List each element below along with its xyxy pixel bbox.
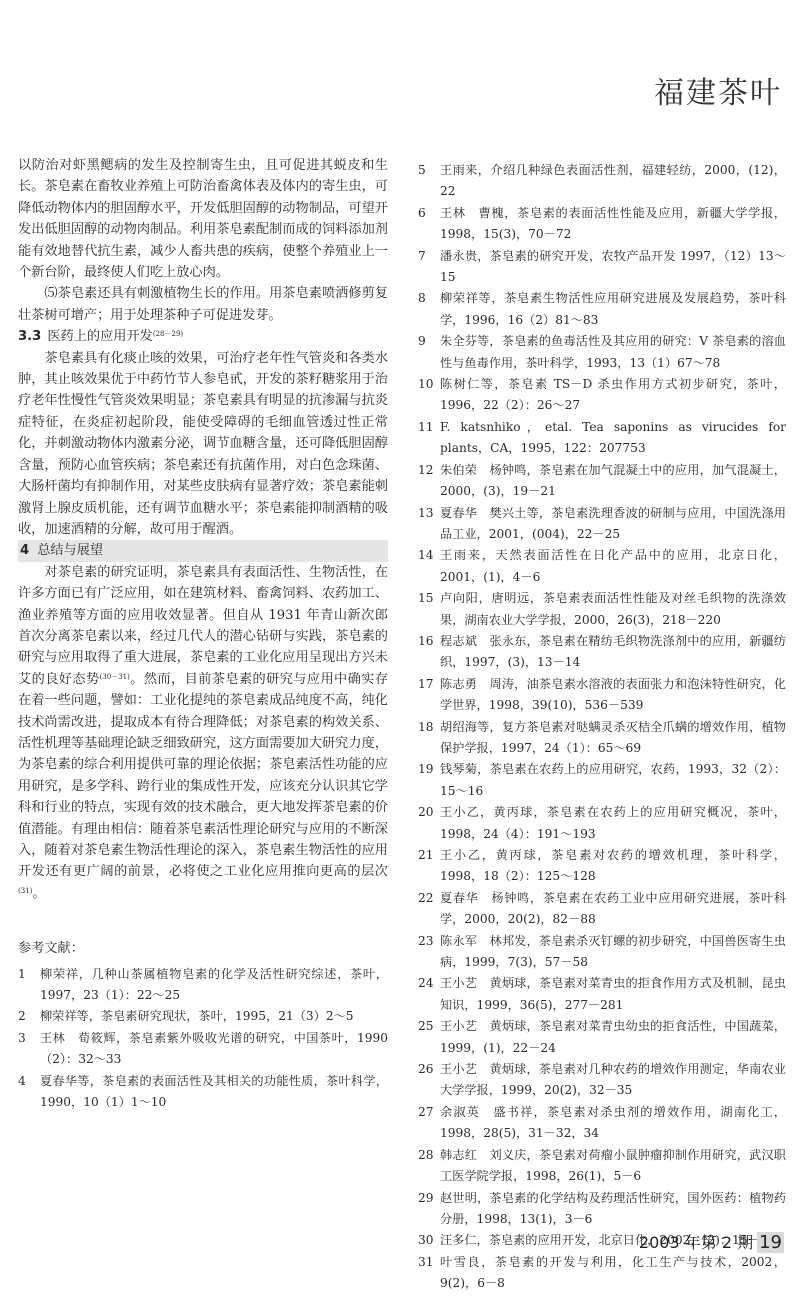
reference-number: 12 — [418, 460, 440, 503]
reference-item: 13夏春华 樊兴土等，茶皂素洗理香波的研制与应用，中国洗涤用品工业，2001，(… — [418, 503, 786, 546]
reference-text: 卢向阳，唐明远，茶皂素表面活性性能及对丝毛织物的洗涤效果，湖南农业大学学报，20… — [440, 588, 786, 631]
reference-number: 14 — [418, 545, 440, 588]
paragraph-text: 。然而，目前茶皂素的研究与应用中确实存在着一些问题，譬如：工业化提纯的茶皂素成品… — [18, 672, 388, 880]
reference-text: 王小乙，黄丙球，茶皂素对农药的增效机理，茶叶科学，1998，18（2）：125～… — [440, 845, 786, 888]
reference-number: 29 — [418, 1188, 440, 1231]
reference-number: 31 — [418, 1252, 440, 1295]
reference-number: 8 — [418, 288, 440, 331]
reference-number: 16 — [418, 631, 440, 674]
reference-text: 王林 荀筱辉，茶皂素紫外吸收光谱的研究，中国茶叶，1990（2）：32～33 — [40, 1028, 388, 1071]
reference-item: 28韩志红 刘义庆，茶皂素对荷瘤小鼠肿瘤抑制作用研究，武汉职工医学院学报，199… — [418, 1145, 786, 1188]
reference-item: 27余淑英 盛书祥，茶皂素对杀虫剂的增效作用，湖南化工，1998，28(5)，3… — [418, 1102, 786, 1145]
reference-number: 11 — [418, 417, 440, 460]
reference-number: 22 — [418, 888, 440, 931]
reference-text: 王小乙，黄丙球，茶皂素在农药上的应用研究概况，茶叶，1998，24（4）：191… — [440, 802, 786, 845]
section-title: 医药上的应用开发 — [47, 329, 153, 344]
reference-item: 6王林 曹槐，茶皂素的表面活性性能及应用，新疆大学学报，1998，15(3)，7… — [418, 203, 786, 246]
reference-text: 叶雪良，茶皂素的开发与利用，化工生产与技术，2002，9(2)，6－8 — [440, 1252, 786, 1295]
paragraph: ⑸茶皂素还具有刺激植物生长的作用。用茶皂素喷洒修剪复壮茶树可增产；用于处理茶种子… — [18, 283, 388, 326]
reference-number: 3 — [18, 1028, 40, 1071]
reference-text: 王小艺 黄炳球，茶皂素对菜青虫幼虫的拒食活性，中国蔬菜，1999，(1)，22－… — [440, 1016, 786, 1059]
paragraph: 茶皂素具有化痰止咳的效果，可治疗老年性气管炎和各类水肿，其止咳效果优于中药竹节人… — [18, 348, 388, 541]
reference-item: 19钱琴菊，茶皂素在农药上的应用研究，农药，1993，32（2）：15～16 — [418, 759, 786, 802]
reference-item: 8柳荣祥等，茶皂素生物活性应用研究进展及发展趋势，茶叶科学，1996，16（2）… — [418, 288, 786, 331]
citation: (30－31) — [100, 673, 130, 681]
reference-text: 陈志勇 周涛，油茶皂素水溶液的表面张力和泡沫特性研究，化学世界，1998，39(… — [440, 674, 786, 717]
section-number: 3.3 — [18, 329, 41, 344]
reference-list-left: 1柳荣祥，几种山茶属植物皂素的化学及活性研究综述，茶叶，1997，23（1）：2… — [18, 964, 388, 1114]
right-column: 5王雨来，介绍几种绿色表面活性剂，福建轻纺，2000，(12)，226王林 曹槐… — [418, 160, 786, 1295]
reference-number: 27 — [418, 1102, 440, 1145]
reference-item: 17陈志勇 周涛，油茶皂素水溶液的表面张力和泡沫特性研究，化学世界，1998，3… — [418, 674, 786, 717]
reference-text: 夏春华 杨钟鸣，茶皂素在农药工业中应用研究进展，茶叶科学，2000，20(2)，… — [440, 888, 786, 931]
paragraph-text: 。 — [32, 886, 45, 901]
reference-number: 6 — [418, 203, 440, 246]
reference-number: 4 — [18, 1071, 40, 1114]
reference-item: 31叶雪良，茶皂素的开发与利用，化工生产与技术，2002，9(2)，6－8 — [418, 1252, 786, 1295]
reference-item: 21王小乙，黄丙球，茶皂素对农药的增效机理，茶叶科学，1998，18（2）：12… — [418, 845, 786, 888]
reference-list-right: 5王雨来，介绍几种绿色表面活性剂，福建轻纺，2000，(12)，226王林 曹槐… — [418, 160, 786, 1295]
reference-text: 柳荣祥等，茶皂素研究现状，茶叶，1995，21（3）2～5 — [40, 1006, 388, 1027]
paragraph: 以防治对虾黑鳃病的发生及控制寄生虫，且可促进其蜕皮和生长。茶皂素在畜牧业养殖上可… — [18, 155, 388, 283]
reference-number: 18 — [418, 717, 440, 760]
reference-text: 朱全芬等，茶皂素的鱼毒活性及其应用的研究：V 茶皂素的溶血性与鱼毒作用，茶叶科学… — [440, 331, 786, 374]
reference-text: 程志斌 张永东，茶皂素在精纺毛织物洗涤剂中的应用，新疆纺织，1997，(3)，1… — [440, 631, 786, 674]
reference-text: 柳荣祥，几种山茶属植物皂素的化学及活性研究综述，茶叶，1997，23（1）：22… — [40, 964, 388, 1007]
reference-text: 陈树仁等，茶皂素 TS－D 杀虫作用方式初步研究，茶叶，1996，22（2）：2… — [440, 374, 786, 417]
reference-text: 朱伯荣 杨钟鸣，茶皂素在加气混凝土中的应用，加气混凝土，2000，(3)，19－… — [440, 460, 786, 503]
paragraph-text: 对茶皂素的研究证明，茶皂素具有表面活性、生物活性，在许多方面已有广泛应用，如在建… — [18, 565, 388, 687]
reference-number: 13 — [418, 503, 440, 546]
reference-text: 夏春华 樊兴土等，茶皂素洗理香波的研制与应用，中国洗涤用品工业，2001，(00… — [440, 503, 786, 546]
reference-number: 15 — [418, 588, 440, 631]
reference-number: 25 — [418, 1016, 440, 1059]
reference-item: 16程志斌 张永东，茶皂素在精纺毛织物洗涤剂中的应用，新疆纺织，1997，(3)… — [418, 631, 786, 674]
reference-number: 26 — [418, 1059, 440, 1102]
reference-text: 夏春华等，茶皂素的表面活性及其相关的功能性质，茶叶科学，1990，10（1）1～… — [40, 1071, 388, 1114]
reference-number: 9 — [418, 331, 440, 374]
page-number: 19 — [757, 1232, 784, 1253]
reference-item: 29赵世明，茶皂素的化学结构及药理活性研究，国外医药：植物药分册，1998，13… — [418, 1188, 786, 1231]
reference-text: 胡绍海等，复方茶皂素对哒螨灵杀灭桔全爪螨的增效作用，植物保护学报，1997，24… — [440, 717, 786, 760]
reference-text: 王林 曹槐，茶皂素的表面活性性能及应用，新疆大学学报，1998，15(3)，70… — [440, 203, 786, 246]
reference-text: 王雨来，天然表面活性在日化产品中的应用，北京日化，2001，(1)，4－6 — [440, 545, 786, 588]
reference-text: 潘永贵，茶皂素的研究开发，农牧产品开发 1997，（12）13～15 — [440, 246, 786, 289]
reference-item: 10陈树仁等，茶皂素 TS－D 杀虫作用方式初步研究，茶叶，1996，22（2）… — [418, 374, 786, 417]
reference-text: 陈永军 林邦发，茶皂素杀灭钉螺的初步研究，中国兽医寄生虫病，1999，7(3)，… — [440, 931, 786, 974]
reference-item: 22夏春华 杨钟鸣，茶皂素在农药工业中应用研究进展，茶叶科学，2000，20(2… — [418, 888, 786, 931]
reference-item: 1柳荣祥，几种山茶属植物皂素的化学及活性研究综述，茶叶，1997，23（1）：2… — [18, 964, 388, 1007]
reference-number: 23 — [418, 931, 440, 974]
reference-item: 23陈永军 林邦发，茶皂素杀灭钉螺的初步研究，中国兽医寄生虫病，1999，7(3… — [418, 931, 786, 974]
section-heading-4: 4总结与展望 — [18, 540, 388, 561]
reference-text: 赵世明，茶皂素的化学结构及药理活性研究，国外医药：植物药分册，1998，13(1… — [440, 1188, 786, 1231]
reference-item: 2柳荣祥等，茶皂素研究现状，茶叶，1995，21（3）2～5 — [18, 1006, 388, 1027]
section-number: 4 — [20, 543, 29, 558]
citation: (31) — [18, 887, 32, 895]
reference-item: 4夏春华等，茶皂素的表面活性及其相关的功能性质，茶叶科学，1990，10（1）1… — [18, 1071, 388, 1114]
reference-item: 15卢向阳，唐明远，茶皂素表面活性性能及对丝毛织物的洗涤效果，湖南农业大学学报，… — [418, 588, 786, 631]
reference-number: 19 — [418, 759, 440, 802]
reference-item: 7潘永贵，茶皂素的研究开发，农牧产品开发 1997，（12）13～15 — [418, 246, 786, 289]
reference-text: 王雨来，介绍几种绿色表面活性剂，福建轻纺，2000，(12)，22 — [440, 160, 786, 203]
reference-text: 柳荣祥等，茶皂素生物活性应用研究进展及发展趋势，茶叶科学，1996，16（2）8… — [440, 288, 786, 331]
paragraph: 对茶皂素的研究证明，茶皂素具有表面活性、生物活性，在许多方面已有广泛应用，如在建… — [18, 562, 388, 905]
section-heading-3-3: 3.3医药上的应用开发(28－29) — [18, 326, 388, 347]
reference-text: 钱琴菊，茶皂素在农药上的应用研究，农药，1993，32（2）：15～16 — [440, 759, 786, 802]
reference-text: 王小艺 黄炳球，茶皂素对菜青虫的拒食作用方式及机制，昆虫知识，1999，36(5… — [440, 973, 786, 1016]
reference-item: 5王雨来，介绍几种绿色表面活性剂，福建轻纺，2000，(12)，22 — [418, 160, 786, 203]
reference-item: 26王小艺 黄炳球，茶皂素对几种农药的增效作用测定，华南农业大学学报，1999，… — [418, 1059, 786, 1102]
reference-number: 5 — [418, 160, 440, 203]
reference-number: 24 — [418, 973, 440, 1016]
reference-item: 18胡绍海等，复方茶皂素对哒螨灵杀灭桔全爪螨的增效作用，植物保护学报，1997，… — [418, 717, 786, 760]
reference-number: 20 — [418, 802, 440, 845]
reference-item: 9朱全芬等，茶皂素的鱼毒活性及其应用的研究：V 茶皂素的溶血性与鱼毒作用，茶叶科… — [418, 331, 786, 374]
left-column: 以防治对虾黑鳃病的发生及控制寄生虫，且可促进其蜕皮和生长。茶皂素在畜牧业养殖上可… — [18, 155, 388, 1113]
reference-item: 12朱伯荣 杨钟鸣，茶皂素在加气混凝土中的应用，加气混凝土，2000，(3)，1… — [418, 460, 786, 503]
reference-text: 王小艺 黄炳球，茶皂素对几种农药的增效作用测定，华南农业大学学报，1999，20… — [440, 1059, 786, 1102]
references-title: 参考文献： — [18, 938, 388, 959]
reference-number: 30 — [418, 1230, 440, 1251]
reference-number: 17 — [418, 674, 440, 717]
page-footer: 2003 年第 2 期19 — [639, 1230, 784, 1253]
citation: (28－29) — [153, 330, 183, 338]
reference-item: 24王小艺 黄炳球，茶皂素对菜青虫的拒食作用方式及机制，昆虫知识，1999，36… — [418, 973, 786, 1016]
issue-label: 2003 年第 2 期 — [639, 1233, 753, 1252]
reference-number: 10 — [418, 374, 440, 417]
reference-number: 1 — [18, 964, 40, 1007]
section-title: 总结与展望 — [37, 543, 103, 558]
reference-text: F. katsnhiko，etal. Tea saponins as viruc… — [440, 417, 786, 460]
reference-item: 11F. katsnhiko，etal. Tea saponins as vir… — [418, 417, 786, 460]
reference-number: 28 — [418, 1145, 440, 1188]
reference-item: 20王小乙，黄丙球，茶皂素在农药上的应用研究概况，茶叶，1998，24（4）：1… — [418, 802, 786, 845]
reference-text: 韩志红 刘义庆，茶皂素对荷瘤小鼠肿瘤抑制作用研究，武汉职工医学院学报，1998，… — [440, 1145, 786, 1188]
reference-text: 余淑英 盛书祥，茶皂素对杀虫剂的增效作用，湖南化工，1998，28(5)，31－… — [440, 1102, 786, 1145]
reference-item: 25王小艺 黄炳球，茶皂素对菜青虫幼虫的拒食活性，中国蔬菜，1999，(1)，2… — [418, 1016, 786, 1059]
reference-number: 21 — [418, 845, 440, 888]
reference-item: 14王雨来，天然表面活性在日化产品中的应用，北京日化，2001，(1)，4－6 — [418, 545, 786, 588]
journal-title: 福建茶叶 — [654, 68, 782, 112]
reference-number: 2 — [18, 1006, 40, 1027]
reference-number: 7 — [418, 246, 440, 289]
reference-item: 3王林 荀筱辉，茶皂素紫外吸收光谱的研究，中国茶叶，1990（2）：32～33 — [18, 1028, 388, 1071]
